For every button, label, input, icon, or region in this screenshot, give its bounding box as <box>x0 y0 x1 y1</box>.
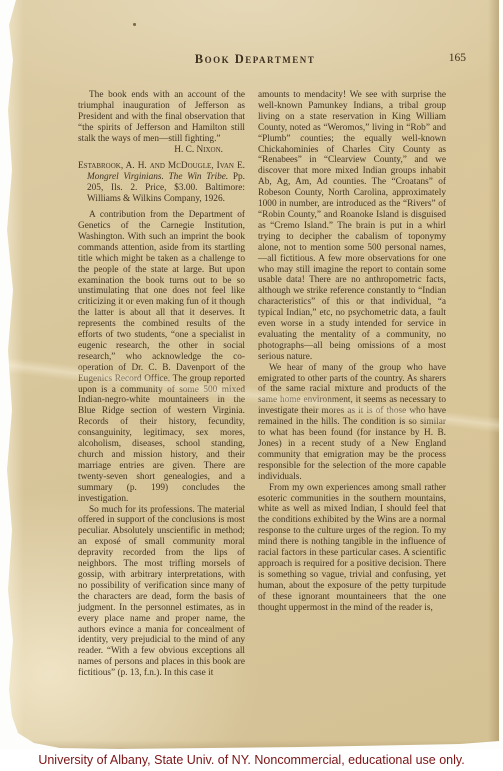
paragraph-book-ends: The book ends with an account of the tri… <box>78 90 245 145</box>
attribution-text: University of Albany, State Univ. of NY.… <box>38 753 464 767</box>
scanned-book-page: Book Department 165 The book ends with a… <box>0 0 499 749</box>
paper-speck <box>133 23 136 26</box>
two-column-text: The book ends with an account of the tri… <box>78 90 446 679</box>
citation-authors: Estabrook, A. H. and McDougle, Ivan E. <box>78 161 245 171</box>
left-column: The book ends with an account of the tri… <box>78 90 245 679</box>
attribution-bar: University of Albany, State Univ. of NY.… <box>0 749 503 771</box>
book-citation: Estabrook, A. H. and McDougle, Ivan E. M… <box>78 161 245 205</box>
page-number: 165 <box>449 52 466 64</box>
paragraph-contribution: A contribution from the Department of Ge… <box>78 210 245 504</box>
paragraph-professions: So much for its professions. The materia… <box>78 505 245 680</box>
paragraph-experiences: From my own experiences among small rath… <box>258 483 446 614</box>
page-header: Book Department 165 <box>78 52 466 68</box>
citation-title: Mongrel Virginians. The Win Tribe. <box>87 172 228 182</box>
reviewer-signature: H. C. Nixon. <box>78 145 245 156</box>
paragraph-mendacity: amounts to mendacity! We see with surpri… <box>258 90 446 363</box>
right-column: amounts to mendacity! We see with surpri… <box>258 90 446 679</box>
page-title: Book Department <box>78 52 432 67</box>
paragraph-emigrated: We hear of many of the group who have em… <box>258 363 446 483</box>
reviewer-name: H. C. Nixon. <box>174 145 223 155</box>
